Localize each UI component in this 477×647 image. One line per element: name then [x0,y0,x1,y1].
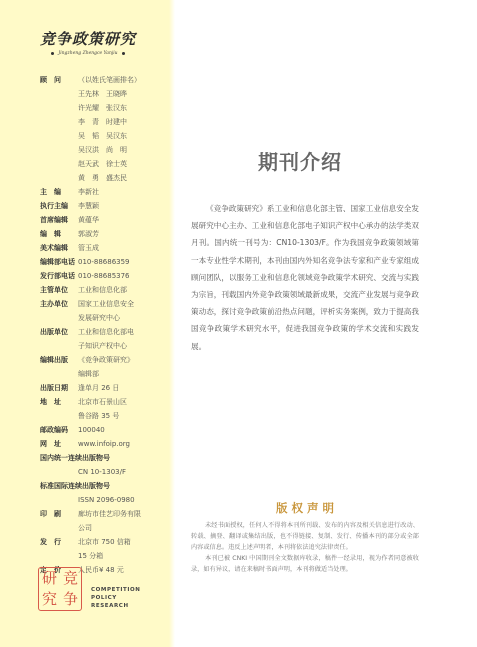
masthead-row-printer: 印 刷廊坊市佳艺印务有限 [40,507,165,521]
masthead-row-continuation: 公司 [40,521,165,535]
cn-label: 国内统一连续出版物号 [40,451,165,465]
advisor-names: 赵天武 徐士英 [40,157,165,171]
cn-value: CN 10-1303/F [40,465,165,479]
masthead-row-lead-editor: 首席编辑黄蕴华 [40,213,165,227]
bullet-icon [51,52,54,55]
masthead-label: 顾 问 [40,73,78,87]
advisor-names: 吴汉洪 尚 明 [40,143,165,157]
advisor-names: 吴 韬 吴汉东 [40,129,165,143]
intro-body: 《竞争政策研究》系工业和信息化部主管、国家工业信息安全发展研究中心主办、工业和信… [191,200,419,355]
copyright-paragraph: 未经书面授权，任何人不得将本刊所刊载、发布的内容及相关信息进行改动、转载、摘登、… [191,520,419,553]
masthead-row-sponsor: 主办单位国家工业信息安全 [40,297,165,311]
advisor-names: 许光耀 张汉东 [40,101,165,115]
copyright-body: 未经书面授权，任何人不得将本刊所刊载、发布的内容及相关信息进行改动、转载、摘登、… [191,520,419,575]
masthead-row-continuation: 15 分箱 [40,549,165,563]
bullet-icon [122,52,125,55]
masthead-row-distribution: 发 行北京市 750 信箱 [40,535,165,549]
logo-title-pinyin: Jingzheng Zhengce Yanjiu [58,51,117,56]
masthead-row-continuation: 鲁谷路 35 号 [40,409,165,423]
advisor-names: 黄 勇 盛杰民 [40,171,165,185]
advisor-names: 王先林 王晓晔 [40,87,165,101]
masthead-row-address: 地 址北京市石景山区 [40,395,165,409]
copyright-paragraph: 本刊已被 CNKI 中国期刊全文数据库收录，稿件一经录用，视为作者同意被收录，如… [191,553,419,575]
masthead-row-editing: 编辑出版《竞争政策研究》 [40,353,165,367]
copyright-title: 版权声明 [276,500,338,516]
masthead-row-chief-editor: 主 编李新社 [40,185,165,199]
masthead-row-website: 网 址www.infoip.org [40,437,165,451]
logo-title-cn: 竞争政策研究 [38,28,138,49]
masthead-row-editorial-phone: 编辑部电话010-88686359 [40,255,165,269]
seal-stamp-icon: 研 竞 究 争 [38,567,82,611]
masthead-row-publisher: 出版单位工业和信息化部电 [40,325,165,339]
issn-label: 标准国际连续出版物号 [40,479,165,493]
masthead-row-supervisor: 主管单位工业和信息化部 [40,283,165,297]
intro-title: 期刊介绍 [258,146,342,175]
masthead-row-advisors: 顾 问 （以姓氏笔画排名） [40,73,165,87]
website-link[interactable]: www.infoip.org [78,437,130,451]
issn-value: ISSN 2096-0980 [40,493,165,507]
logo-pinyin-row: Jingzheng Zhengce Yanjiu [38,51,138,56]
masthead-row-postcode: 邮政编码100040 [40,423,165,437]
masthead-row-executive-editor: 执行主编李慧颖 [40,199,165,213]
seal-english-text: COMPETITION POLICY RESEARCH [91,586,140,610]
advisors-note: （以姓氏笔画排名） [78,73,141,87]
masthead-row-pub-date: 出版日期逢单月 26 日 [40,381,165,395]
masthead-row-distribution-phone: 发行部电话010-88685376 [40,269,165,283]
journal-logo: 竞争政策研究 Jingzheng Zhengce Yanjiu [38,28,138,56]
masthead: 顾 问 （以姓氏笔画排名） 王先林 王晓晔 许光耀 张汉东 李 青 时建中 吴 … [40,73,165,577]
masthead-row-art-editor: 美术编辑管玉成 [40,241,165,255]
masthead-row-continuation: 子知识产权中心 [40,339,165,353]
masthead-row-continuation: 发展研究中心 [40,311,165,325]
masthead-row-editor: 编 辑郭淑芳 [40,227,165,241]
advisor-names: 李 青 时建中 [40,115,165,129]
masthead-row-continuation: 编辑部 [40,367,165,381]
